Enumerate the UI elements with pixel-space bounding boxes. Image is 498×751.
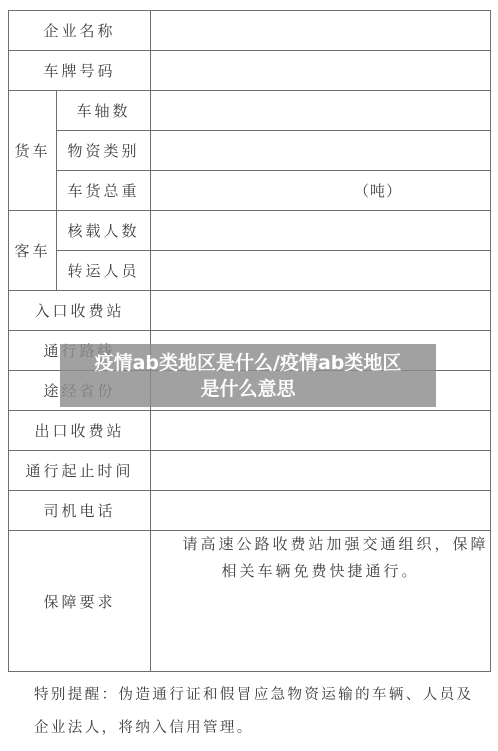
- plate-number-field[interactable]: [151, 51, 491, 91]
- gross-weight-field[interactable]: （吨）: [151, 171, 491, 211]
- entry-toll-station-field[interactable]: [151, 291, 491, 331]
- gross-weight-label: 车货总重: [57, 171, 151, 211]
- travel-period-label: 通行起止时间: [9, 451, 151, 491]
- company-name-label: 企业名称: [9, 11, 151, 51]
- entry-toll-station-label: 入口收费站: [9, 291, 151, 331]
- row-driver-phone: 司机电话: [9, 491, 491, 531]
- title-overlay-banner: 疫情ab类地区是什么/疫情ab类地区 是什么意思: [60, 344, 436, 407]
- transported-persons-label: 转运人员: [57, 251, 151, 291]
- company-name-field[interactable]: [151, 11, 491, 51]
- transported-persons-field[interactable]: [151, 251, 491, 291]
- guarantee-text: 请高速公路收费站加强交通组织，保障相关车辆免费快捷通行。: [183, 535, 489, 580]
- row-gross-weight: 车货总重 （吨）: [9, 171, 491, 211]
- driver-phone-field[interactable]: [151, 491, 491, 531]
- bus-group-label: 客车: [9, 211, 57, 291]
- plate-number-label: 车牌号码: [9, 51, 151, 91]
- row-entry-toll-station: 入口收费站: [9, 291, 491, 331]
- row-approved-passengers: 客车 核载人数: [9, 211, 491, 251]
- cargo-category-field[interactable]: [151, 131, 491, 171]
- exit-toll-station-label: 出口收费站: [9, 411, 151, 451]
- axle-count-label: 车轴数: [57, 91, 151, 131]
- approved-passengers-field[interactable]: [151, 211, 491, 251]
- exit-toll-station-field[interactable]: [151, 411, 491, 451]
- guarantee-text-cell: 请高速公路收费站加强交通组织，保障相关车辆免费快捷通行。: [151, 531, 491, 672]
- row-guarantee: 保障要求 请高速公路收费站加强交通组织，保障相关车辆免费快捷通行。: [9, 531, 491, 672]
- axle-count-field[interactable]: [151, 91, 491, 131]
- overlay-title-line-2: 是什么意思: [60, 376, 436, 402]
- row-company-name: 企业名称: [9, 11, 491, 51]
- overlay-title-line-1: 疫情ab类地区是什么/疫情ab类地区: [60, 350, 436, 376]
- guarantee-label: 保障要求: [9, 531, 151, 672]
- pass-application-form: 企业名称 车牌号码 货车 车轴数 物资类别 车货总重 （吨） 客车 核载人数: [8, 10, 491, 672]
- travel-period-field[interactable]: [151, 451, 491, 491]
- truck-group-label: 货车: [9, 91, 57, 211]
- approved-passengers-label: 核载人数: [57, 211, 151, 251]
- row-cargo-category: 物资类别: [9, 131, 491, 171]
- special-notice: 特别提醒：伪造通行证和假冒应急物资运输的车辆、人员及企业法人，将纳入信用管理。: [34, 679, 490, 745]
- driver-phone-label: 司机电话: [9, 491, 151, 531]
- weight-unit-label: （吨）: [354, 182, 402, 200]
- row-travel-period: 通行起止时间: [9, 451, 491, 491]
- cargo-category-label: 物资类别: [57, 131, 151, 171]
- row-exit-toll-station: 出口收费站: [9, 411, 491, 451]
- row-transported-persons: 转运人员: [9, 251, 491, 291]
- row-axle-count: 货车 车轴数: [9, 91, 491, 131]
- row-plate-number: 车牌号码: [9, 51, 491, 91]
